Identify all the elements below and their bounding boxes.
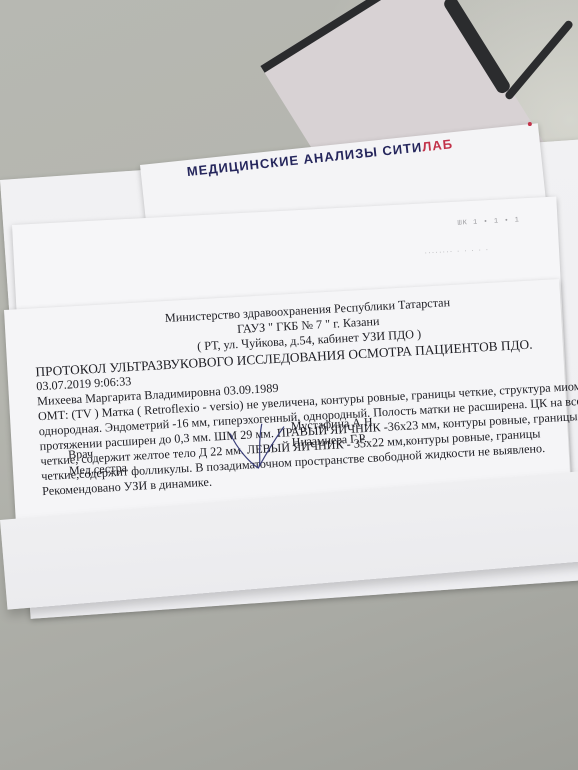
brand-dot-icon bbox=[528, 122, 532, 126]
signature-icon bbox=[225, 416, 288, 479]
lab-brand-accent: ЛАБ bbox=[421, 136, 453, 154]
lab-brand-text: МЕДИЦИНСКИЕ АНАЛИЗЫ СИТИ bbox=[186, 139, 423, 179]
signature-roles: Врач Мед.сестра bbox=[68, 443, 128, 478]
nurse-label: Мед.сестра bbox=[69, 459, 128, 478]
background-object-stroke bbox=[504, 19, 574, 101]
faint-line-text: ........ . . . . . bbox=[424, 245, 489, 255]
signature-names: Мустафина А Н. Низамиева Г.Р. bbox=[290, 413, 376, 450]
faint-code-text: ШК 1 • 1 • 1 bbox=[457, 216, 520, 227]
